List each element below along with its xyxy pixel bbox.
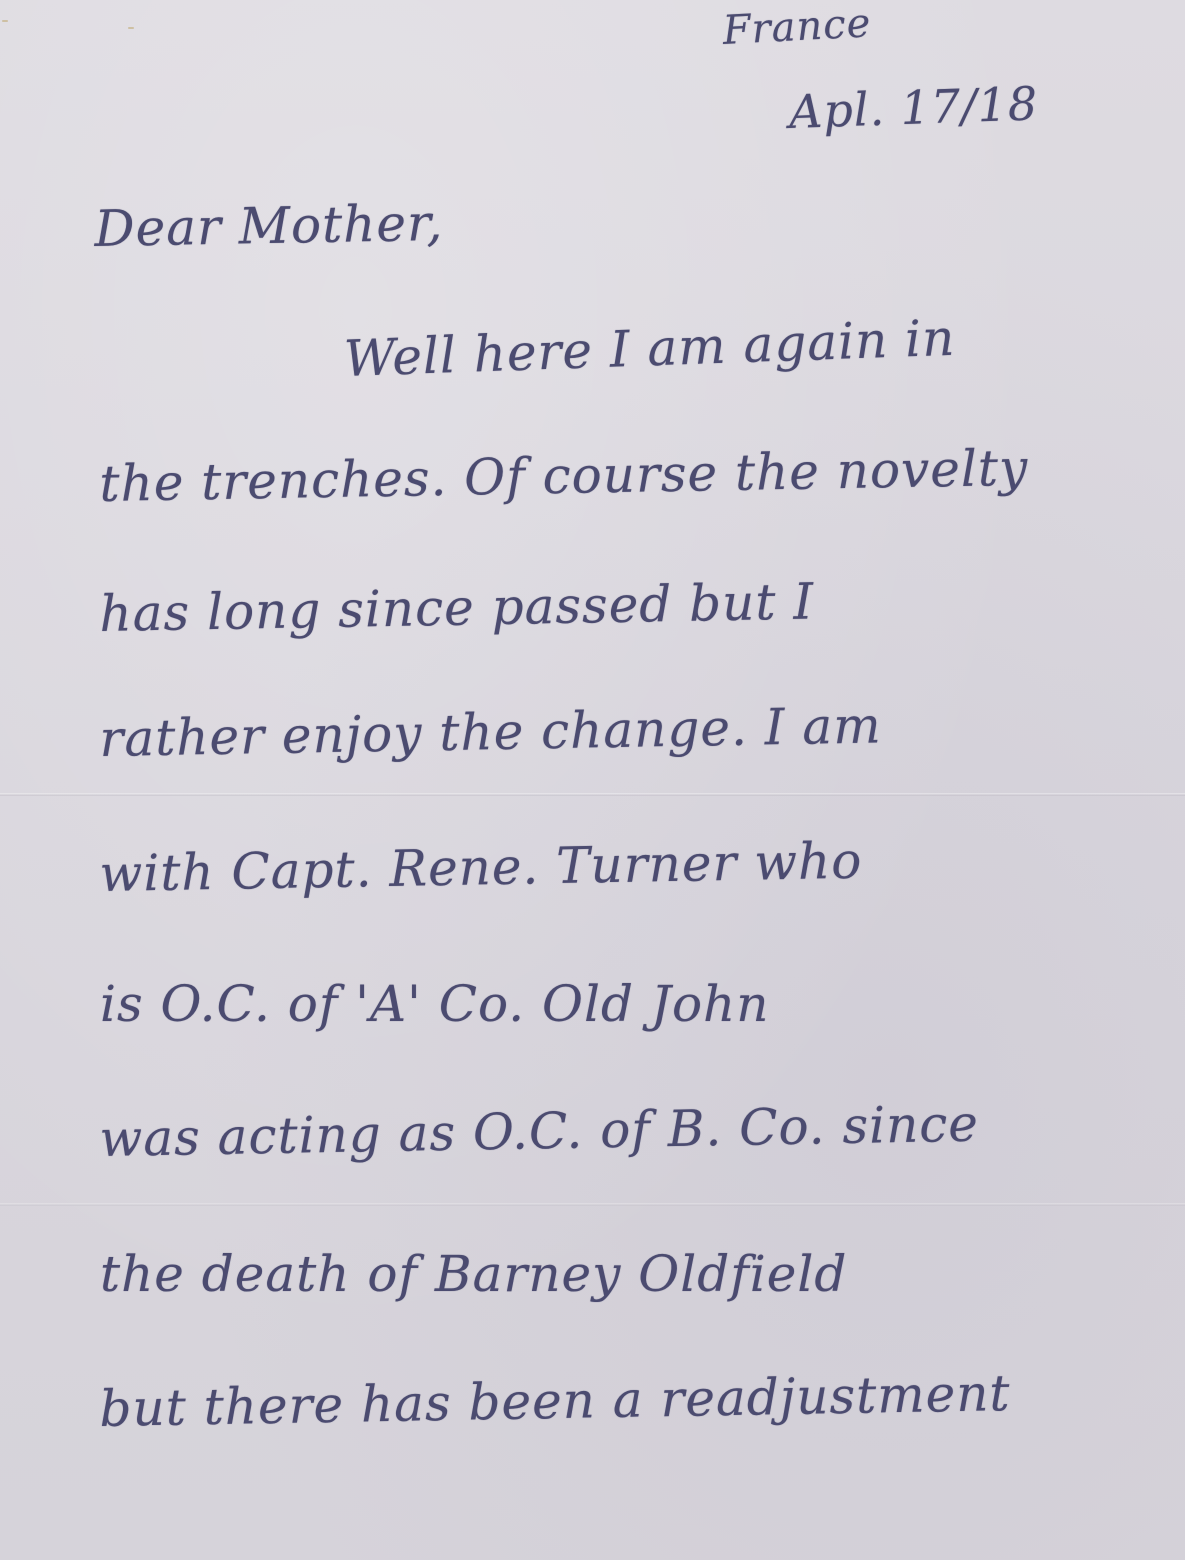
letter-line: is O.C. of 'A' Co. Old John [100, 975, 769, 1033]
letter-line: was acting as O.C. of B. Co. since [99, 1095, 979, 1168]
letter-line: rather enjoy the change. I am [99, 696, 882, 768]
letter-line: the death of Barney Oldfield [100, 1245, 847, 1303]
fold-crease [0, 1203, 1185, 1206]
letter-line: Well here I am again in [343, 309, 956, 388]
letter-line: with Capt. Rene. Turner who [99, 832, 863, 903]
letter-date: Apl. 17/18 [788, 76, 1039, 139]
letter-line: the trenches. Of course the novelty [99, 439, 1029, 513]
letter-page: France Apl. 17/18 Dear Mother, Well here… [0, 0, 1185, 1560]
letter-line: has long since passed but I [99, 573, 815, 643]
letter-salutation: Dear Mother, [94, 194, 444, 258]
letter-place: France [722, 0, 873, 54]
paper-fleck [2, 20, 8, 22]
paper-fleck [128, 27, 134, 29]
letter-line: but there has been a readjustment [99, 1364, 1011, 1438]
fold-crease [0, 793, 1185, 796]
